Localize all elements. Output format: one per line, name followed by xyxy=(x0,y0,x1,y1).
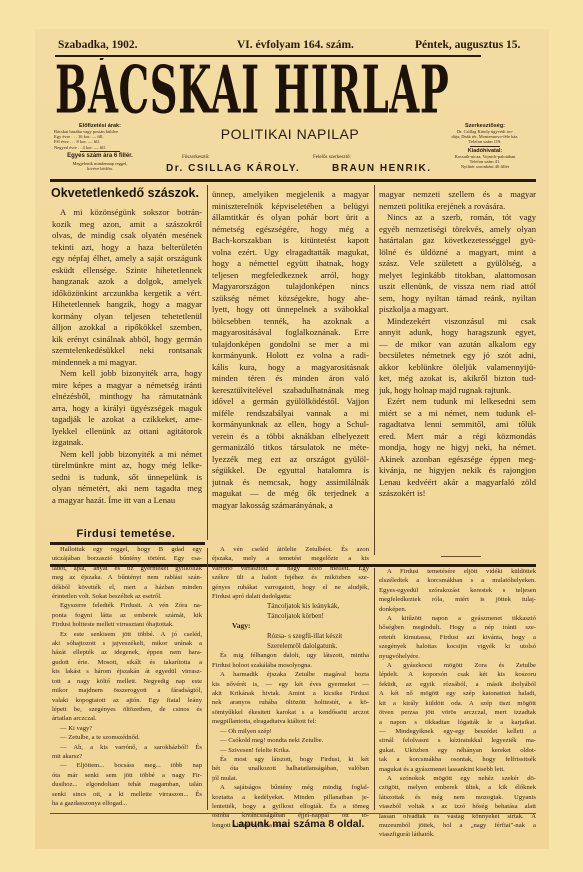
text-line: kormányunk. Holott ez volna a radi- xyxy=(212,350,369,362)
article2-column-2-part-a: A vén cseléd átölelte Zetulbéot. És azon… xyxy=(212,545,369,601)
text-line: — Csókold meg! mondta neki Zetulbe. xyxy=(212,736,369,745)
text-line: valaki kopogtatott az ajtón. Egy fiatal … xyxy=(52,696,202,705)
text-line: jutnak és nemcsak, hogy assimilálnák xyxy=(212,477,369,489)
text-line: Egyes-egyedül szórakozást kerestek s tel… xyxy=(379,586,536,595)
masthead-title: BÁCSKAI HIRLAP xyxy=(55,58,495,122)
text-line: türelmünkre mint az, hogy még lelke- xyxy=(52,460,202,472)
text-line: időközönkint arczunkba kergetik a vért. xyxy=(52,288,202,300)
text-line: És mig félhangon dalolt, ugy látszott, m… xyxy=(212,651,369,660)
text-line: kivánja, ne higyjen nekik és rajongjon xyxy=(379,465,536,477)
text-line: Ezért nem tudunk mi lelkesedni sem xyxy=(379,396,536,408)
text-line: kis nővérét is, — egy két éves gyermeket… xyxy=(212,680,369,689)
text-line: Firdusi holoot szakálába mosolyogna. xyxy=(212,661,369,670)
text-line: — Mindegyiknek egy-egy beszédet kellett … xyxy=(379,727,536,736)
text-line: Magyarországon tulajdonképen nincs xyxy=(212,281,369,293)
chief-editor-name: Dr. CSILLAG KÁROLY. xyxy=(166,163,300,174)
text-line: verein és a többi aknákban elhelyezett xyxy=(212,431,369,443)
text-line: lentették, hogy a gyilkost elfogták. És … xyxy=(212,802,369,811)
text-line: lölné és üldözné a magyart, mint a xyxy=(379,247,536,259)
text-line: A gyászkocsi mögött Zora és Zetulbe xyxy=(379,661,536,670)
responsible-editor-label: Felelős szerkesztő: xyxy=(313,155,351,160)
text-line: látszottak és még nem mozogtak. Ugyanis xyxy=(379,793,536,802)
text-line: éjszaka, mely a temetést megelőzte a kis xyxy=(212,554,369,563)
text-line: magyar lakosság számarányának, a xyxy=(212,500,369,512)
text-line: senki sincs ott, a ki mellette virraszon… xyxy=(52,790,202,799)
article2-column-1: Hallottuk egy reggel, hogy B gdad egyutc… xyxy=(52,545,202,808)
dateline-rule xyxy=(55,55,481,57)
text-line: dékból követték el, mert a házban minden xyxy=(52,583,202,592)
text-line: — Zetulbe, a te szomszédnőd. xyxy=(52,733,202,742)
text-line: székre ült a halott fejéhez és miközben … xyxy=(212,573,369,582)
text-line: szegények halottas kocsijin vigyék ki ut… xyxy=(379,642,536,651)
text-line: teljesen megfeledkeznek arról, hogy xyxy=(212,270,369,282)
text-line: tulajdonképen gondolni se mer a mi xyxy=(212,339,369,351)
text-line: mindennek a mi magyar. xyxy=(52,357,202,369)
text-line: lyett, hogy ott ünnepelnek a svábokkal xyxy=(212,304,369,316)
text-line: tak a korcsmákba osontak, hogy felfrissi… xyxy=(379,755,536,764)
text-line: sirnál felolvasni s kéziratukkal legyezt… xyxy=(379,736,536,745)
text-line: becsületes németnek egy jó szót adni, xyxy=(379,350,536,362)
text-line: Hallottuk egy reggel, hogy B gdad egy xyxy=(52,545,202,554)
text-line: mondja, hogy ne higyj neki, ha német. xyxy=(379,442,536,454)
single-copy-price: Egyes szám ára 6 fillér. xyxy=(50,153,150,159)
page-count-note: Lapunk mai száma 8 oldal. xyxy=(232,818,364,830)
text-line: A szónokok mögött egy nehéz szekér dö- xyxy=(379,774,536,783)
text-line: ragadtatva lenni semmitől, ami tőlük xyxy=(379,419,536,431)
poem-2: Rózsa- s szegfű-illat készit Szerelemről… xyxy=(212,631,369,651)
text-line: retetét kimutassa, Firdusi azt kivánta, … xyxy=(379,633,536,642)
subscription-box: Előfizetési árak: Bácskai hazába vagy po… xyxy=(50,123,150,171)
text-line: akkor keblünkre öleljük valamennyijü- xyxy=(379,362,536,374)
text-line: elszéledtek a korcsmákban s a mulatóhely… xyxy=(379,576,536,585)
subscription-prices: Bácskai hazába vagy postán küldve Egy év… xyxy=(50,129,150,150)
text-line: varrónő virrasztott a nagy költő mellett… xyxy=(212,564,369,573)
text-line: Bach-korszakban is kitüntetést kapott xyxy=(212,235,369,247)
text-line: magyar nemzeti szellem és a magyar xyxy=(379,189,536,201)
text-line: tagadják le azokat a czikkeket, ame- xyxy=(52,414,202,426)
text-line: magyarositásával foglalkoznának. Erre xyxy=(212,327,369,339)
publication-note: Megjelenik mindennap reggel, kivéve hétf… xyxy=(50,161,150,171)
text-line: hogy a némettel együtt ihatnak, hogy xyxy=(212,258,369,270)
text-line: határtalan gaz következetességgel gyü- xyxy=(379,235,536,247)
text-line: viaszból voltak s az izzó hőség behatása… xyxy=(379,802,536,811)
text-line: hangzanak azok a dolgok, amelyek xyxy=(52,276,202,288)
text-line: kit a király küldött oda. A szép tiszt m… xyxy=(379,699,536,708)
text-line: magukat — de még ők terjednek a xyxy=(212,488,369,500)
article1-column-3: magyar nemzeti szellem és a magyarnemzet… xyxy=(379,189,536,500)
text-line: piszkolja a magyart. xyxy=(379,304,536,316)
text-line: czögött, melyen emberek ültek, a kik élő… xyxy=(379,783,536,792)
divider xyxy=(80,151,120,152)
text-line: És most ugy látszott, hogy Firdusi, ki k… xyxy=(212,755,369,764)
text-line: gukat. Uközben egy néhányan kereket oldo… xyxy=(379,746,536,755)
text-line: Firdusi holtteste mellett virrasztani óh… xyxy=(52,620,202,629)
text-line: idővel a germán gyülölködéstől. Vajjon xyxy=(212,396,369,408)
masthead-bottom-rule xyxy=(50,179,536,182)
text-line: nek aranyos ruhába öltözött holttestét, … xyxy=(212,698,369,707)
text-line: ha a gazdasszonya elfogad... xyxy=(52,799,202,808)
article2-column-3: A Firdusi temetésére eljött vidéki küldö… xyxy=(379,567,536,840)
text-line: meg az éjszaka. A bűntényt nem rablási s… xyxy=(52,573,202,582)
text-line: kális kura, hogy a magyarositásnak xyxy=(212,362,369,374)
text-line: mikor majdnem összerogyott a fáradságtól… xyxy=(52,686,202,695)
text-line: Mindezekért viszonzásul mi csak xyxy=(379,316,536,328)
publisher-office-address: Kossuth-utcza, Vojnich-palotában Telefon… xyxy=(420,154,550,170)
text-line: ártatlan arczczal. xyxy=(52,714,202,723)
text-line: lyekkel ellenünk az ottani agitátorok xyxy=(52,426,202,438)
text-line: németség egészségére, hogy még a xyxy=(212,224,369,236)
poem-or-label: Vagy: xyxy=(212,621,369,631)
text-line: megfeledkeztek róla, miért is jöttek tul… xyxy=(379,595,536,604)
text-line: lyezzék meg ezt az országot gyülöl- xyxy=(212,454,369,466)
office-box: Szerkesztőség: Dr. Csillag Károly ügyvéd… xyxy=(420,123,550,169)
text-line: miért se a mi német, nem tudunk el- xyxy=(379,408,536,420)
text-line: bölcsebben tennék, ha azoknak a xyxy=(212,316,369,328)
text-line: miféle rendszabályai vannak a mi xyxy=(212,408,369,420)
text-line: érintetlen volt. Sokat beszéltek az eset… xyxy=(52,592,202,601)
text-line: szükség német községekre, hogy ahe- xyxy=(212,293,369,305)
text-line: viaszfigurái láthatók. xyxy=(379,830,536,839)
text-line: A sajátságos bűntény még mindig foglal- xyxy=(212,783,369,792)
text-line: — Ki vagy? xyxy=(52,724,202,733)
text-line: A kitűzött napon a gyászmenet tikkasztó xyxy=(379,614,536,623)
poem-1: Táncoljatok kis leánykák, Táncoljatok kö… xyxy=(212,601,369,621)
text-line: koztatta a kedélyeket. Minden pillanatba… xyxy=(212,793,369,802)
text-line: ered. Mert már a régi közmondás xyxy=(379,431,536,443)
responsible-editor-name: BRAUN HENRIK. xyxy=(332,163,432,174)
text-line: kormány olyan teljesen tehetetlenül xyxy=(52,311,202,323)
text-line: A vén cseléd átölelte Zetulbéot. És azon xyxy=(212,545,369,554)
text-line: arra, hogy a királyi ügyészségek maguk xyxy=(52,403,202,415)
text-line: gényes ruhákat varrogatott, hogy el ne a… xyxy=(212,583,369,592)
masthead: BÁCSKAI HIRLAP xyxy=(55,58,495,122)
text-line: muzeumból jöttek, hol a „nagy férfiai"-n… xyxy=(379,821,536,830)
text-line: mit akarsz? xyxy=(52,752,202,761)
text-line: feküdt, az egyik rózsából, a másik iboly… xyxy=(379,680,536,689)
text-line: házát ellepték az idegenek, éppen nem ha… xyxy=(52,648,202,657)
text-line: Nincs az a szerb, román, tót vagy xyxy=(379,212,536,224)
text-line: jól mulat. xyxy=(212,774,369,783)
text-line: akit Krikának hivtak. Amint a kicsike Fi… xyxy=(212,689,369,698)
text-line: államtitkár és olyan pohár bort ürit a xyxy=(212,212,369,224)
text-line: tott a nagy költő mellett. Negyedig nap … xyxy=(52,677,202,686)
text-line: A mi közönségünk sokszor botrán- xyxy=(52,207,202,219)
article1-column-2: ünnep, amelyiken megjelenik a magyarmini… xyxy=(212,189,369,511)
text-line: Nem kell jobb bizonyiték a mi német xyxy=(52,449,202,461)
text-line: egy népfaj élhet, amely a saját országun… xyxy=(52,253,202,265)
text-line: — Eljöttem... bocsáss meg... több nap xyxy=(52,761,202,770)
text-line: hőségben megindult. Hogy a nép iránti sz… xyxy=(379,623,536,632)
text-line: minden téren és minden áron való xyxy=(212,373,369,385)
text-line: kik erényt csinálnak abból, hogy germán xyxy=(52,334,202,346)
text-line: ládot, apát, anyát és tiz gyermeket gyil… xyxy=(52,564,202,573)
text-line: — Ah, a kis varrónő, a sarokházból! És xyxy=(52,743,202,752)
text-line: Lenau kedvéért akár a magyarfaló zöld xyxy=(379,477,536,489)
article1-headline: Okvetetlenkedő szászok. xyxy=(50,186,200,200)
volume-issue: VI. évfolyam 164. szám. xyxy=(237,39,354,51)
text-line: hét óta unalkozott halhatatlanságában, v… xyxy=(212,764,369,773)
text-line: mire képes a magyar a németség iránti xyxy=(52,380,202,392)
text-line: A Firdusi temetésére eljött vidéki küldö… xyxy=(379,567,536,576)
column-divider xyxy=(374,185,375,555)
text-line: melyet leginkább titokban, alattomosan xyxy=(379,270,536,282)
text-line: sedni is tudunk, sőt ünnepelünk is xyxy=(52,472,202,484)
subtitle: POLITIKAI NAPILAP xyxy=(190,126,390,142)
text-line: utczájában borzasztó bűntény történt. Eg… xyxy=(52,554,202,563)
text-line: olyan németért, aki nem tagadta meg xyxy=(52,483,202,495)
text-line: a napon s tikkadtan lógatták le a karjai… xyxy=(379,718,536,727)
text-line: óta már senki sem jött többé a nagy Fir- xyxy=(52,771,202,780)
text-line: gudott érte. Mosott, sikált és takarítot… xyxy=(52,658,202,667)
text-line: volna ezért. Ugy elragadtatták magukat, xyxy=(212,247,369,259)
text-line: Ez este senkisem jött többé. A jó cseléd… xyxy=(52,630,202,639)
text-line: a magyar hazát. Íme itt van a Lenau xyxy=(52,495,202,507)
text-line: tekinti azt, hogy a haza belterületén xyxy=(52,242,202,254)
text-line: — Szivesen! felelte Krika. xyxy=(212,746,369,755)
text-line: — Oh milyen szép! xyxy=(212,727,369,736)
editorial-office-address: Dr. Csillag Károly ügyvédi iro- dája, De… xyxy=(420,129,550,145)
divider xyxy=(470,146,500,147)
text-line: ünnep, amelyiken megjelenik a magyar xyxy=(212,189,369,201)
text-line: miniszterelnök képviseletében a belügyi xyxy=(212,201,369,213)
bottom-rule xyxy=(50,813,536,814)
text-line: donképen. xyxy=(379,605,536,614)
text-line: A harmadik éjszaka Zetulbe magával hozta xyxy=(212,670,369,679)
text-line: germanizáló titkos társulatok ne méte- xyxy=(212,442,369,454)
text-line: kis lakást s három éjszakán át egyedül v… xyxy=(52,667,202,676)
text-line: izgatnak. xyxy=(52,437,202,449)
text-line: — de mikor van azután alkalom egy xyxy=(379,339,536,351)
column-divider xyxy=(374,568,375,810)
text-line: álljon azokkal a ripőkökkel szemben, xyxy=(52,322,202,334)
text-line: Nem kell jobb bizonyiték arra, hogy xyxy=(52,368,202,380)
text-line: sem, hogy nyiltan támad reánk, nyiltan xyxy=(379,293,536,305)
text-line: egyéb nemzetiségi törekvés, amely olyan xyxy=(379,224,536,236)
article2-column-2: A vén cseléd átölelte Zetulbéot. És azon… xyxy=(212,545,369,830)
text-line: lépett be, szegényes öltözetben, de csin… xyxy=(52,705,202,714)
text-line: ötven perzsa jött vörös arczczal, mert i… xyxy=(379,708,536,717)
article3-end-rule xyxy=(441,556,481,557)
text-line: ségükkel. De egyuttal hatalomra is xyxy=(212,465,369,477)
text-line: Egyszerre feledték Firdusit. A vén Zóra … xyxy=(52,601,202,610)
text-line: Hihetetlennek hangzik, hogy a magyar xyxy=(52,299,202,311)
text-line: olvas, de mindig csak olyatén mesének xyxy=(52,230,202,242)
text-line: aki sóhajtozott s jajveszékelt, mikor ur… xyxy=(52,639,202,648)
text-line: megpillantotta, elragadtatva kiáltott fe… xyxy=(212,717,369,726)
text-line: A két nő mögött egy szép katonatiszt hal… xyxy=(379,689,536,698)
text-line: szászokért is! xyxy=(379,488,536,500)
text-line: szász. Vele született a gyülölség, a xyxy=(379,258,536,270)
text-line: magukat és a gyászmenet lassankint kiseb… xyxy=(379,765,536,774)
chief-editor-label: Főszerkesztő: xyxy=(182,155,210,160)
text-line: dusihoz... elgondoltam tehát magamban, t… xyxy=(52,780,202,789)
article2-column-2-part-b: És mig félhangon dalolt, ugy látszott, m… xyxy=(212,651,369,830)
text-line: uszit ellenünk, de vissza nem riad attól xyxy=(379,281,536,293)
text-line: ket, még azokat is, akikről bizton tud- xyxy=(379,373,536,385)
text-line: juk, hogy holnap majd rugnak rajtunk. xyxy=(379,385,536,397)
text-line: kormányunknak az ellen, hogy a Schul- xyxy=(212,419,369,431)
text-line: lépdelt. A koporsón csak két kis koszoru xyxy=(379,670,536,679)
text-line: ponta fogyni látta az emberek számát, ki… xyxy=(52,611,202,620)
text-line: Firdusi apró dalait dudolgatta: xyxy=(212,592,369,601)
text-line: Akinek azonban egészsége éppen meg- xyxy=(379,454,536,466)
place-year: Szabadka, 1902. xyxy=(58,39,138,51)
text-line: nemzeti politika erejének a rovására. xyxy=(379,201,536,213)
text-line: elnézésből, minthogy ha rámutatnánk xyxy=(52,391,202,403)
weekday-date: Péntek, augusztus 15. xyxy=(415,39,520,51)
text-line: nyugvóhelyére. xyxy=(379,652,536,661)
text-line: annyit adunk, hogy haragszunk egyet, xyxy=(379,327,536,339)
text-line: keresztülvitelével szabadulhatnának meg xyxy=(212,385,369,397)
column-divider xyxy=(207,548,208,810)
text-line: szemtelenkedésükkel neki rontsanak xyxy=(52,345,202,357)
dateline: Szabadka, 1902. VI. évfolyam 164. szám. … xyxy=(52,38,482,56)
column-divider xyxy=(207,185,208,540)
text-line: sömtyűkkel ékesitett karokat s a kendőss… xyxy=(212,708,369,717)
text-line: kozik meg azon, amit a szászokról xyxy=(52,219,202,231)
article2-headline: Firdusi temetése. xyxy=(50,528,202,540)
article1-column-1: A mi közönségünk sokszor botrán-kozik me… xyxy=(52,207,202,506)
text-line: esküdt ellensége. Szinte hihetetlennek xyxy=(52,265,202,277)
